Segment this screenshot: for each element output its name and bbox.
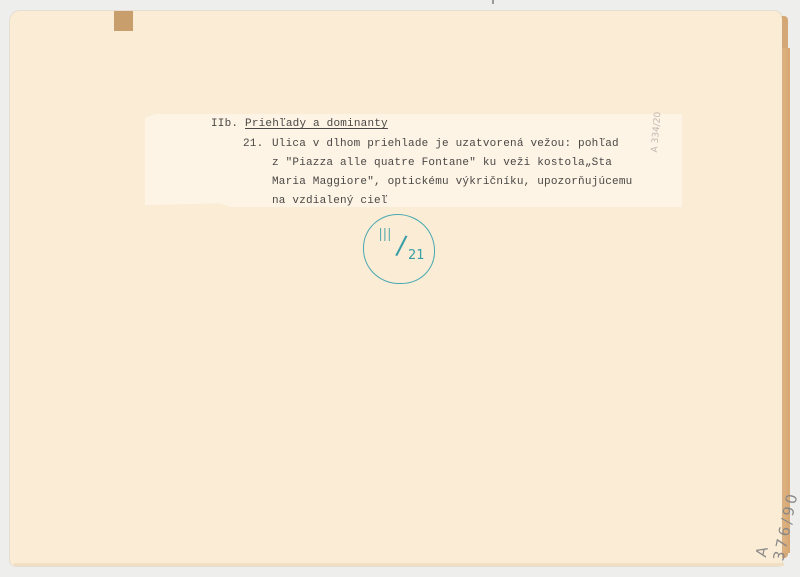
document-card: [10, 11, 782, 566]
card-bottom-edge: [14, 563, 784, 566]
item-line-3: Maria Maggiore", optickému výkričníku, u…: [243, 173, 632, 192]
item-line-4: na vzdialený cieľ: [243, 192, 632, 211]
stamp-roman: III: [378, 225, 391, 246]
handwritten-circle-stamp: III / 21: [363, 214, 435, 284]
section-code: IIb.: [211, 118, 238, 130]
tape-piece: [114, 11, 133, 31]
stamp-number: 21: [408, 248, 425, 263]
stamp-separator: /: [394, 230, 408, 261]
section-title: Priehľady a dominanty: [245, 118, 388, 130]
item-line-1: Ulica v dlhom priehlade je uzatvorená ve…: [272, 138, 619, 150]
scan-mark: [492, 0, 494, 4]
section-heading: IIb. Priehľady a dominanty: [211, 115, 388, 134]
item-description: 21.Ulica v dlhom priehlade je uzatvorená…: [243, 135, 632, 211]
item-line-2: z "Piazza alle quatre Fontane" ku veži k…: [243, 154, 632, 173]
item-number: 21.: [243, 135, 272, 154]
